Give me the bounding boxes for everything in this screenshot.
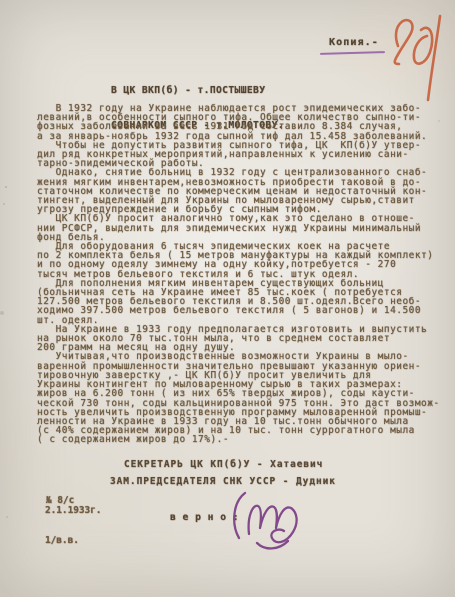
secretary-signature-line: СЕКРЕТАРЬ ЦК КП(б)У - Хатаевич bbox=[124, 459, 323, 470]
body-text: В 1932 году на Украине наблюдается рост … bbox=[37, 104, 440, 445]
typist-initials: 1/в.в. bbox=[45, 535, 79, 546]
paper-specks bbox=[5, 186, 7, 188]
handwritten-number-mark bbox=[382, 12, 448, 107]
handwritten-signature bbox=[227, 490, 313, 552]
addressee-line-1: В ЦК ВКП(б) - т.ПОСТЫШЕВУ bbox=[111, 85, 284, 97]
copy-underline-ink bbox=[320, 51, 385, 55]
copy-label: Копия.- bbox=[329, 37, 379, 48]
document-date: 2.1.1933г. bbox=[45, 505, 101, 516]
deputy-signature-line: ЗАМ.ПРЕДСЕДАТЕЛЯ СНК УССР - Дудник bbox=[110, 476, 336, 487]
document-page: Копия.- В ЦК ВКП(б) - т.ПОСТЫШЕВУ СОВНАР… bbox=[0, 0, 455, 597]
